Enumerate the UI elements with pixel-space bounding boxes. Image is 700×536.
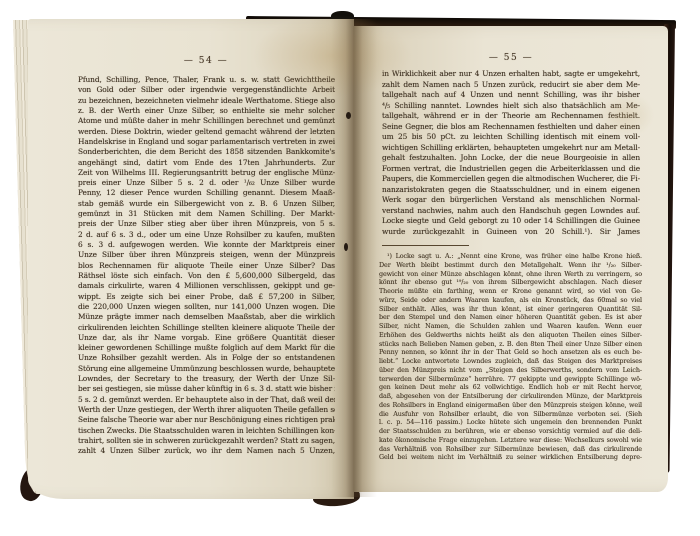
footnote-line: Penny nennen, so könnt ihr in der That G…	[379, 348, 642, 357]
text-line: Zeit von Wilhelms III. Regierungsantritt…	[78, 168, 335, 178]
left-page: — 54 — Pfund, Schilling, Pence, Thaler, …	[28, 19, 354, 499]
text-line: nanzaristokraten gegen die Staatsschuldn…	[382, 185, 640, 196]
text-line: 6 s. 3 d. aufgewogen werden. Wie konnte …	[78, 240, 335, 250]
footnote-line: gen keinen Deut mehr als 62 vollwichtige…	[379, 383, 642, 392]
text-line: von Gold oder Silber oder irgendwie verg…	[78, 85, 335, 95]
text-line: gehalt festzuhalten. John Locke, der die…	[382, 153, 640, 164]
right-page-footnote: ¹) Locke sagt u. A.: „Nennt eine Krone, …	[379, 252, 642, 462]
text-line: Werk sogar den bürgerlichen Verstand als…	[382, 195, 640, 206]
text-line: wichtigen Schilling erklärten, behauptet…	[382, 143, 640, 154]
text-line: angehängt sind, datirt vom Ende des 17te…	[78, 158, 335, 168]
footnote-line: der Staatsschulden zu berühren, wie er e…	[379, 427, 642, 436]
text-line: Münze prägte immer nach demselben Maaßst…	[78, 312, 335, 322]
text-line: Locke siegte und Geld geborgt zu 10 oder…	[382, 216, 640, 227]
footnote-line: über den Münzpreis nicht vom „Steigen de…	[379, 366, 642, 375]
text-line: ⁴/₅ Schilling nanntet. Lowndes hielt sic…	[382, 101, 640, 112]
footnote-line: die Ausfuhr von Rohsilber erlaubt, die v…	[379, 410, 642, 419]
text-line: kleiner gewordenen Schillinge mußte folg…	[78, 343, 335, 353]
text-line: werden. Diese Doktrin, wieder geltend ge…	[78, 127, 335, 137]
text-line: tallgehalt, während er in der Theorie am…	[382, 111, 640, 122]
text-line: Unze Silber über ihren Münzpreis steigen…	[78, 250, 335, 260]
footnote-line: ¹) Locke sagt u. A.: „Nennt eine Krone, …	[379, 252, 642, 261]
text-line: 5 s. 2 d. gemünzt werden. Er behauptete …	[78, 395, 335, 405]
footnote-line: gewicht von einer Münze abschlagen könnt…	[379, 270, 642, 279]
text-line: gemünzt in 31 Stücken mit dem Namen Schi…	[78, 209, 335, 219]
text-line: Sonderberichten, die dem Bericht des 185…	[78, 147, 335, 157]
footnote-line: Silber, nicht Namen, die Schulden zahlen…	[379, 322, 642, 331]
text-line: Seine Gegner, die blos am Rechennamen fe…	[382, 122, 640, 133]
text-line: tischen Zwecks. Die Staatsschulden waren…	[78, 426, 335, 436]
text-line: damals cirkulirte, waren 4 Millionen ver…	[78, 281, 335, 291]
text-line: tallgehalt nach auf 4 Unzen und nennt Sc…	[382, 90, 640, 101]
text-line: verstand nachwies, nahm auch den Handsch…	[382, 206, 640, 217]
left-page-number: — 54 —	[78, 56, 334, 66]
text-line: cirkulirenden leichten Schillinge stellt…	[78, 323, 335, 333]
right-page-number: — 55 —	[382, 53, 640, 63]
footnote-line: stücks nach Belieben Namen geben, z. B. …	[379, 340, 642, 349]
text-line: Handelskrise in England und sogar parlam…	[78, 137, 335, 147]
text-line: die 220,000 Unzen wiegen sollten, nur 14…	[78, 302, 335, 312]
gutter-speck-middle	[344, 243, 348, 251]
text-line: Unze Rohsilber gezahlt werden. Als in Fo…	[78, 353, 335, 363]
text-line: Lowndes, der Secretary to the treasury, …	[78, 374, 335, 384]
text-line: trahirt, sollten sie in schweren zurückg…	[78, 436, 335, 446]
text-line: wurde zurückgezahlt in Guineen von 20 Sc…	[382, 227, 640, 238]
text-line: preis der Unze Silber stieg aber über ih…	[78, 219, 335, 229]
text-line: zahlt dem Namen nach 5 Unzen zurück, red…	[382, 80, 640, 91]
footnote-line: Silber enthält. Alles, was ihr thun könn…	[379, 305, 642, 314]
text-line: Atome und müßte daher in mehr Schillinge…	[78, 116, 335, 126]
footnote-line: Theorie müßte ein farthing, wenn er Kron…	[379, 287, 642, 296]
text-line: zahlt 4 Unzen Silber zurück, wo ihr dem …	[78, 446, 335, 456]
text-line: z. B. der Werth einer Unze Silber, so en…	[78, 106, 335, 116]
footnote-line: würz, Seide oder andern Waaren kaufen, a…	[379, 296, 642, 305]
footnote-line: kate ökonomische Frage einzugehen. Letzt…	[379, 436, 642, 445]
footnote-line: des Rohsilbers in England einigermaßen ü…	[379, 401, 642, 410]
text-line: Seine falsche Theorie war aber nur Besch…	[78, 415, 335, 425]
text-line: wippt. Es zeigte sich bei einer Probe, d…	[78, 292, 335, 302]
footnote-line: ber den Stempel und den Namen einer höhe…	[379, 313, 642, 322]
text-line: Pfund, Schilling, Pence, Thaler, Frank u…	[78, 75, 335, 85]
text-line: Unze dar, als ihr Name vorgab. Eine größ…	[78, 333, 335, 343]
text-line: stab gemäß wurde ein Silbergewicht von z…	[78, 199, 335, 209]
text-line: blos Rechennamen für aliquote Theile ein…	[78, 261, 335, 271]
gutter-speck-top	[346, 112, 351, 119]
text-line: 2 d. auf 6 s. 3 d., oder um eine Unze Ro…	[78, 230, 335, 240]
text-line: Paupers, die Kommerciellen gegen die alt…	[382, 174, 640, 185]
text-line: Penny, 12 dieser Pence wurden Schilling …	[78, 188, 335, 198]
text-line: um 25 bis 50 pCt. zu leichten Schilling …	[382, 132, 640, 143]
text-line: in Wirklichkeit aber nur 4 Unzen erhalte…	[382, 69, 640, 80]
footnote-separator	[382, 245, 469, 246]
book-photo-scene: — 54 — Pfund, Schilling, Pence, Thaler, …	[0, 0, 700, 536]
text-line: Störung eine allgemeine Ummünzung beschl…	[78, 364, 335, 374]
right-page: — 55 — in Wirklichkeit aber nur 4 Unzen …	[353, 26, 668, 492]
text-line: ber sei gestiegen, sie müsse daher künft…	[78, 384, 335, 394]
footnote-line: l. c. p. 54—116 passim.) Locke hütete si…	[379, 418, 642, 427]
right-page-body: in Wirklichkeit aber nur 4 Unzen erhalte…	[382, 69, 640, 237]
text-line: Werth der Unze gestiegen, der Werth ihre…	[78, 405, 335, 415]
footnote-line: terwerden der Silbermünze“ herrühre. 77 …	[379, 375, 642, 384]
footnote-line: das Verhältniß von Rohsilber zur Silberm…	[379, 445, 642, 454]
text-line: Formen vertrat, die Industriellen gegen …	[382, 164, 640, 175]
footnote-line: liebt.“ Locke antwortete Lowndes zugleic…	[379, 357, 642, 366]
footnote-line: Der Werth bleibt bestimmt durch den Meta…	[379, 261, 642, 270]
text-line: preis einer Unze Silber 5 s. 2 d. oder ¹…	[78, 178, 335, 188]
footnote-line: daß, abgesehen von der Entsilberung der …	[379, 392, 642, 401]
text-line: Räthsel löste sich einfach. Von den £ 5,…	[78, 271, 335, 281]
footnote-line: Geld bei weitem nicht im Verhältniß zu s…	[379, 453, 642, 462]
text-line: zu bezeichnen, bezeichneten vielmehr ide…	[78, 96, 335, 106]
left-page-body: Pfund, Schilling, Pence, Thaler, Frank u…	[78, 75, 335, 457]
footnote-line: könnt ihr ebenso gut ¹⁹/₂₀ von ihrem Sil…	[379, 278, 642, 287]
footnote-line: Erhöhen des Geldwerths nichts heißt als …	[379, 331, 642, 340]
